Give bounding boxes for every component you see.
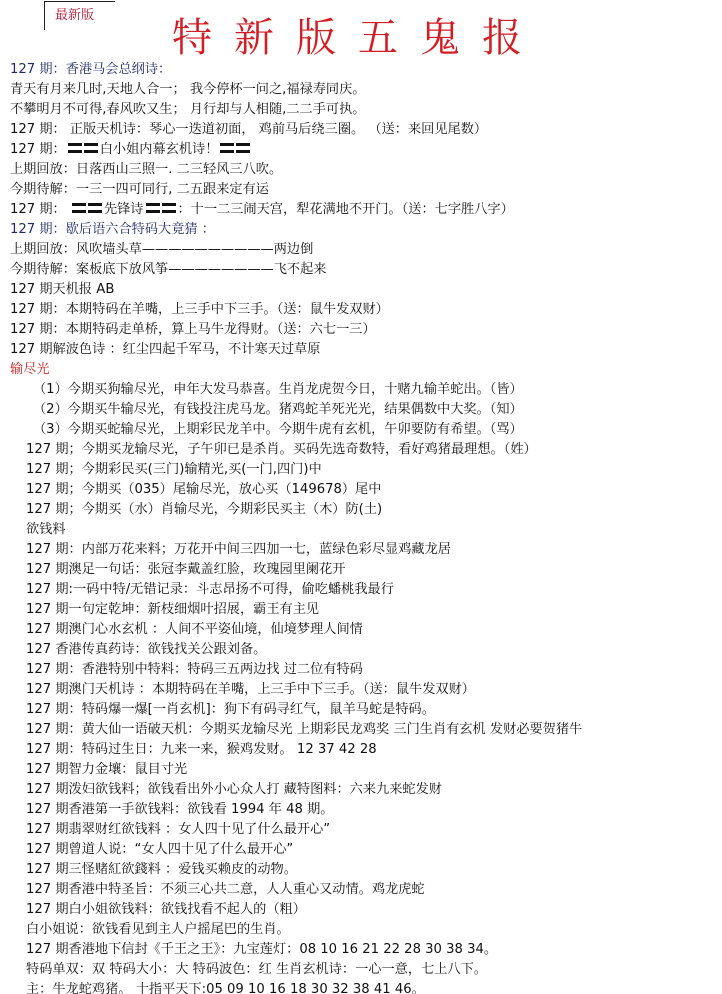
text-line: 输尽光 — [0, 360, 722, 380]
text-line: 今期待解：一三一四可同行, 二五跟来定有运 — [0, 180, 722, 200]
text-line: （2）今期买牛输尽光，有钱投注虎马龙。猪鸡蛇羊死光光，结果偶数中大奖。（知） — [0, 400, 722, 420]
text-line: 127 期；今期买（035）尾输尽光，放心买（149678）尾中 — [0, 480, 722, 500]
text-line: （3）今期买蛇输尽光，上期彩民龙羊中。今期牛虎有玄机，午卯要防有希望。（骂） — [0, 420, 722, 440]
text-line: 127 期：内部万花来料；万花开中间三四加一七，蓝绿色彩尽显鸡藏龙居 — [0, 540, 722, 560]
text-line: 127 期： 先锋诗：十一二三闹天宫，犁花满地不开门。（送：七字胜八字） — [0, 200, 722, 220]
text-line: 127 期：黄大仙一语破天机：今期买龙输尽光 上期彩民龙鸡奖 三门生肖有玄机 发… — [0, 720, 722, 740]
text-line: 不攀明月不可得,春风吹又生； 月行却与人相随,二二手可执。 — [0, 100, 722, 120]
text-line: 127 期：特码过生日：九来一来，猴鸡发财。 12 37 42 28 — [0, 740, 722, 760]
double-bar-icon — [72, 203, 102, 213]
text-line: 特码单双：双 特码大小：大 特码波色：红 生肖玄机诗：一心一意，七上八下。 — [0, 960, 722, 980]
text-line: 白小姐说：欲钱看见到主人户摇尾巴的生肖。 — [0, 920, 722, 940]
text-line: 127 期一句定乾坤：新枝细烟叶招展，霸王有主见 — [0, 600, 722, 620]
text-line: 127 期泼妇欲钱料；欲钱看出外小心众人打 藏特图料：六来九来蛇发财 — [0, 780, 722, 800]
text-line: 127 期澳足一句话：张冠李戴盖红脸，玫瑰园里阑花开 — [0, 560, 722, 580]
line-segment: 127 期： — [10, 202, 70, 217]
text-line: 上期回放：日落西山三照一. 二三轻风三八吹。 — [0, 160, 722, 180]
text-line: 127 期；今期彩民买(三门)输精光,买(一门,四门)中 — [0, 460, 722, 480]
text-line: 127 期解波色诗 ：红尘四起千军马，不计寒天过草原 — [0, 340, 722, 360]
text-line: 127 期：本期特码走单桥，算上马牛龙得财。（送：六七一三） — [0, 320, 722, 340]
text-line: 127 期：特码爆一爆[一肖玄机]：狗下有码寻红气，鼠羊马蛇是特码。 — [0, 700, 722, 720]
text-line: 127 期：香港特别中特料：特码三五两边找 过二位有特码 — [0, 660, 722, 680]
text-line: 127 期香港地下信封《千王之王》：九宝莲灯：08 10 16 21 22 28… — [0, 940, 722, 960]
page-title: 特新版五鬼报 — [172, 6, 544, 63]
text-line: 127 期澳门天机诗 ：本期特码在羊嘴，上三手中下三手。（送：鼠牛发双财） — [0, 680, 722, 700]
text-line: 127 期：歇后语六合特码大竟猜 ： — [0, 220, 722, 240]
line-segment: ：十一二三闹天宫，犁花满地不开门。（送：七字胜八字） — [178, 202, 514, 217]
double-bar-icon — [146, 203, 176, 213]
text-line: 欲钱料 — [0, 520, 722, 540]
text-line: 127 期：香港马会总纲诗： — [0, 60, 722, 80]
line-segment: 白小姐内幕玄机诗！ — [100, 142, 219, 157]
line-segment: 先锋诗 — [104, 202, 144, 217]
text-line: 127 期澳门心水玄机 ：人间不平姿仙境，仙境梦理人间情 — [0, 620, 722, 640]
text-line: 127 期：白小姐内幕玄机诗！ — [0, 140, 722, 160]
content-body: 127 期：香港马会总纲诗：青天有月来几时,天地人合一； 我今停杯一问之,福禄寿… — [0, 60, 722, 994]
text-line: 127 期香港第一手欲钱料：欲钱看 1994 年 48 期。 — [0, 800, 722, 820]
text-line: 127 香港传真药诗：欲钱找关公跟刘备。 — [0, 640, 722, 660]
text-line: 127 期天机报 AB — [0, 280, 722, 300]
double-bar-icon — [220, 143, 250, 153]
text-line: 青天有月来几时,天地人合一； 我今停杯一问之,福禄寿同庆。 — [0, 80, 722, 100]
text-line: 127 期；今期买龙输尽光，子午卯已是杀肖。买码先选奇数特，看好鸡猪最理想。（姓… — [0, 440, 722, 460]
latest-version-badge: 最新版 — [44, 1, 115, 30]
text-line: 127 期:一码中特/无错记录：斗志昂扬不可得，偷吃蟠桃我最行 — [0, 580, 722, 600]
text-line: 上期回放：风吹墙头草——————————两边倒 — [0, 240, 722, 260]
text-line: 127 期三怪赌紅欲錢料 ：爱钱买赖皮的动物。 — [0, 860, 722, 880]
text-line: 127 期：本期特码在羊嘴，上三手中下三手。（送：鼠牛发双财） — [0, 300, 722, 320]
text-line: 127 期曾道人说：“女人四十见了什么最开心” — [0, 840, 722, 860]
text-line: 127 期白小姐欲钱料：欲钱找看不起人的（粗） — [0, 900, 722, 920]
text-line: 127 期智力金壤：鼠目寸光 — [0, 760, 722, 780]
text-line: 127 期；今期买（水）肖输尽光，今期彩民买主（木）防(土) — [0, 500, 722, 520]
text-line: 今期待解：案板底下放风筝————————飞不起来 — [0, 260, 722, 280]
double-bar-icon — [68, 143, 98, 153]
text-line: （1）今期买狗输尽光，申年大发马恭喜。生肖龙虎贺今日，十赌九输羊蛇出。（皆） — [0, 380, 722, 400]
text-line: 127 期香港中特圣旨：不须三心共二意，人人重心又动情。鸡龙虎蛇 — [0, 880, 722, 900]
text-line: 主：牛龙蛇鸡猪。 十指平天下:05 09 10 16 18 30 32 38 4… — [0, 980, 722, 994]
line-segment: 127 期： — [10, 142, 66, 157]
text-line: 127 期： 正版天机诗：琴心一迭道初面， 鸡前马后绕三圈。 （送：来回见尾数） — [0, 120, 722, 140]
text-line: 127 期翡翠财红欲钱料 ：女人四十见了什么最开心” — [0, 820, 722, 840]
badge-label: 最新版 — [55, 4, 94, 23]
